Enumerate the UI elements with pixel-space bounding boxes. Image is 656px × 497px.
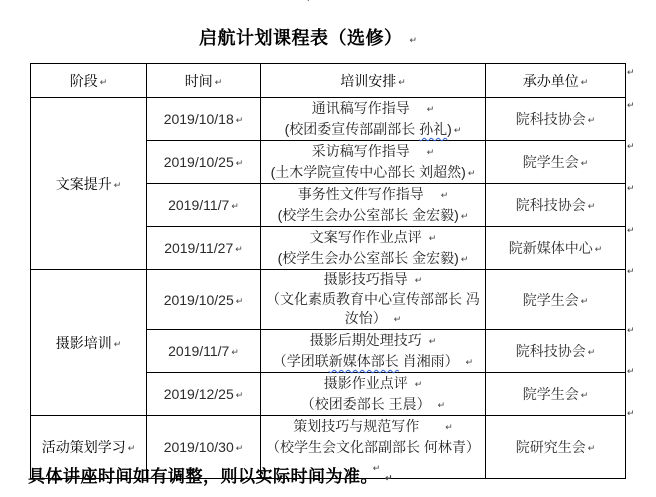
paragraph-mark: ↵ [236, 296, 244, 306]
training-title: 摄影技巧指导 [324, 271, 408, 287]
date-cell: 2019/10/25↵ [147, 141, 261, 184]
organizer-value: 院学生会 [523, 292, 579, 308]
stage-label: 摄影培训 [56, 335, 112, 351]
paragraph-mark: ↵ [114, 180, 122, 190]
date-value: 2019/10/25 [164, 292, 234, 308]
date-cell: 2019/11/7↵ [147, 330, 261, 373]
stage-label: 活动策划学习 [42, 439, 126, 455]
paragraph-mark: ↵ [581, 390, 589, 400]
paragraph-mark: ↵ [114, 339, 122, 349]
footer-note-line: 具体讲座时间如有调整，则以实际时间为准。↵ [28, 462, 393, 487]
date-value: 2019/11/7 [168, 197, 229, 213]
date-cell: 2019/11/27↵ [147, 227, 261, 270]
paragraph-mark: ↵ [236, 390, 244, 400]
organizer-value: 院科技协会 [516, 197, 586, 213]
organizer-value: 院研究生会 [516, 439, 586, 455]
training-title: 摄影作业点评 [324, 375, 408, 391]
paragraph-mark: ↵ [438, 400, 446, 410]
header-label: 时间 [185, 73, 213, 89]
paragraph-mark: ↵ [588, 115, 596, 125]
training-title: 事务性文件写作指导 [298, 186, 424, 202]
paragraph-mark: ↵ [468, 168, 476, 178]
row-end-mark: ↵ [627, 141, 635, 152]
training-detail: （学团联 [273, 353, 329, 369]
table-row: 摄影培训↵ 2019/10/25↵ 摄影技巧指导↵ （文化素质教育中心宣传部部长… [31, 270, 626, 330]
organizer-value: 院科技协会 [516, 343, 586, 359]
document-title-line: 启航计划课程表（选修）↵ [0, 24, 616, 50]
paragraph-mark: ↵ [461, 211, 469, 221]
date-cell: 2019/10/18↵ [147, 98, 261, 141]
header-cell-time: 时间↵ [147, 64, 261, 98]
organizer-cell: 院学生会↵ [486, 141, 626, 184]
organizer-cell: 院学生会↵ [486, 373, 626, 416]
training-detail-line: (土木学院宣传中心部长 刘超然)↵ [261, 162, 485, 183]
footer-note-text: 具体讲座时间如有调整，则以实际时间为准。 [28, 467, 378, 486]
training-title-line: 采访稿写作指导↵ [261, 141, 485, 162]
training-title: 通讯稿写作指导 [312, 100, 410, 116]
paragraph-mark: ↵ [588, 443, 596, 453]
training-title-line: 摄影技巧指导↵ [261, 270, 485, 290]
paragraph-mark: ↵ [385, 473, 393, 483]
paragraph-mark: ↵ [461, 254, 469, 264]
training-detail-line2: 汝怡）↵ [261, 309, 485, 329]
training-detail-line: (校团委宣传部副部长 孙礼)↵ [261, 119, 485, 140]
stage-label: 文案提升 [56, 176, 112, 192]
training-cell: 事务性文件写作指导↵ (校学生会办公室部长 金宏毅)↵ [261, 184, 486, 227]
training-title-line: 事务性文件写作指导↵ [261, 184, 485, 205]
training-detail: （校学生会文化部副部长 何林青） [266, 439, 480, 455]
training-cell: 摄影作业点评↵ （校团委部长 王晨）↵ [261, 373, 486, 416]
row-end-mark: ↵ [627, 266, 635, 277]
spellcheck-wavy-text: 新媒体部长 [329, 353, 399, 369]
date-cell: 2019/12/25↵ [147, 373, 261, 416]
paragraph-mark: ↵ [235, 244, 243, 254]
row-end-mark: ↵ [627, 408, 635, 419]
training-detail: (校学生会办公室部长 金宏毅) [278, 250, 459, 266]
header-label: 培训安排 [340, 73, 396, 89]
training-title-line: 摄影后期处理技巧↵ [261, 330, 485, 351]
organizer-cell: 院学生会↵ [486, 270, 626, 330]
paragraph-mark: ↵ [588, 201, 596, 211]
paragraph-mark: ↵ [429, 336, 437, 346]
header-cell-stage: 阶段↵ [31, 64, 147, 98]
organizer-cell: 院科技协会↵ [486, 330, 626, 373]
training-detail: (校团委宣传部副部长 [285, 121, 420, 137]
empty-paragraph-mark: ↵ [306, 0, 314, 5]
training-title-line: 通讯稿写作指导↵ [261, 98, 485, 119]
training-cell: 通讯稿写作指导↵ (校团委宣传部副部长 孙礼)↵ [261, 98, 486, 141]
training-detail-line: （学团联新媒体部长 肖湘雨）↵ [261, 351, 485, 372]
date-value: 2019/11/7 [168, 343, 229, 359]
paragraph-mark: ↵ [454, 125, 462, 135]
paragraph-mark: ↵ [236, 443, 244, 453]
paragraph-mark: ↵ [100, 77, 108, 87]
training-detail: （校团委部长 王晨） [301, 396, 431, 412]
training-detail: （文化素质教育中心宣传部部长 冯 [266, 291, 480, 307]
header-label: 阶段 [70, 73, 98, 89]
paragraph-mark: ↵ [215, 77, 223, 87]
paragraph-mark: ↵ [415, 379, 423, 389]
organizer-cell: 院科技协会↵ [486, 98, 626, 141]
paragraph-mark: ↵ [429, 233, 437, 243]
training-title: 采访稿写作指导 [312, 143, 410, 159]
training-title-line: 策划技巧与规范写作↵ [261, 416, 485, 437]
training-cell: 摄影后期处理技巧↵ （学团联新媒体部长 肖湘雨）↵ [261, 330, 486, 373]
paragraph-mark: ↵ [236, 158, 244, 168]
header-cell-training: 培训安排↵ [261, 64, 486, 98]
paragraph-mark: ↵ [236, 115, 244, 125]
training-title-line: 文案写作作业点评↵ [261, 227, 485, 248]
paragraph-mark: ↵ [231, 347, 239, 357]
training-detail: (土木学院宣传中心部长 刘超然) [271, 164, 466, 180]
date-value: 2019/10/18 [164, 111, 234, 127]
training-title-line: 摄影作业点评↵ [261, 373, 485, 394]
paragraph-mark: ↵ [445, 422, 453, 432]
paragraph-mark: ↵ [409, 35, 417, 45]
training-cell: 采访稿写作指导↵ (土木学院宣传中心部长 刘超然)↵ [261, 141, 486, 184]
training-detail-line: (校学生会办公室部长 金宏毅)↵ [261, 205, 485, 226]
date-value: 2019/10/25 [164, 154, 234, 170]
paragraph-mark: ↵ [128, 443, 136, 453]
organizer-value: 院学生会 [523, 154, 579, 170]
paragraph-mark: ↵ [581, 296, 589, 306]
training-title: 策划技巧与规范写作 [293, 418, 419, 434]
training-detail: (校学生会办公室部长 金宏毅) [278, 207, 459, 223]
training-cell: 文案写作作业点评↵ (校学生会办公室部长 金宏毅)↵ [261, 227, 486, 270]
date-cell: 2019/11/7↵ [147, 184, 261, 227]
table-row: 文案提升↵ 2019/10/18↵ 通讯稿写作指导↵ (校团委宣传部副部长 孙礼… [31, 98, 626, 141]
course-table: 阶段↵ 时间↵ 培训安排↵ 承办单位↵ 文案提升↵ 2019/10/18↵ 通讯… [30, 63, 626, 479]
training-detail: 汝怡） [345, 310, 387, 326]
stage-cell-photography: 摄影培训↵ [31, 270, 147, 416]
paragraph-mark: ↵ [231, 201, 239, 211]
paragraph-mark: ↵ [394, 314, 402, 324]
page-title: 启航计划课程表（选修） [199, 28, 403, 48]
date-value: 2019/12/25 [164, 386, 234, 402]
paragraph-mark: ↵ [427, 104, 435, 114]
header-cell-organizer: 承办单位↵ [486, 64, 626, 98]
training-detail-line: （文化素质教育中心宣传部部长 冯 [261, 290, 485, 309]
paragraph-mark: ↵ [588, 347, 596, 357]
row-end-mark: ↵ [627, 183, 635, 194]
course-table-wrap: 阶段↵ 时间↵ 培训安排↵ 承办单位↵ 文案提升↵ 2019/10/18↵ 通讯… [30, 63, 626, 479]
organizer-cell: 院研究生会↵ [486, 416, 626, 479]
date-cell: 2019/10/25↵ [147, 270, 261, 330]
spellcheck-wavy-text: 孙礼 [419, 121, 447, 137]
organizer-cell: 院科技协会↵ [486, 184, 626, 227]
organizer-value: 院学生会 [523, 386, 579, 402]
row-end-mark: ↵ [627, 325, 635, 336]
date-value: 2019/10/30 [164, 439, 234, 455]
training-detail-line: (校学生会办公室部长 金宏毅)↵ [261, 248, 485, 269]
paragraph-mark: ↵ [441, 190, 449, 200]
organizer-value: 院科技协会 [516, 111, 586, 127]
organizer-cell: 院新媒体中心↵ [486, 227, 626, 270]
paragraph-mark: ↵ [398, 77, 406, 87]
training-cell: 摄影技巧指导↵ （文化素质教育中心宣传部部长 冯 汝怡）↵ [261, 270, 486, 330]
header-label: 承办单位 [523, 73, 579, 89]
training-detail-line: （校团委部长 王晨）↵ [261, 394, 485, 415]
training-detail: 肖湘雨） [399, 353, 459, 369]
date-value: 2019/11/27 [164, 240, 233, 256]
organizer-value: 院新媒体中心 [509, 240, 593, 256]
paragraph-mark: ↵ [466, 357, 474, 367]
stage-cell-copywriting: 文案提升↵ [31, 98, 147, 270]
row-end-mark: ↵ [627, 366, 635, 377]
training-title: 摄影后期处理技巧 [310, 332, 422, 348]
paragraph-mark: ↵ [581, 158, 589, 168]
header-row: 阶段↵ 时间↵ 培训安排↵ 承办单位↵ [31, 64, 626, 98]
training-detail: ) [447, 121, 452, 137]
row-end-mark: ↵ [627, 100, 635, 111]
paragraph-mark: ↵ [595, 244, 603, 254]
paragraph-mark: ↵ [581, 77, 589, 87]
paragraph-mark: ↵ [415, 275, 423, 285]
paragraph-mark: ↵ [427, 147, 435, 157]
training-title: 文案写作作业点评 [310, 229, 422, 245]
row-end-mark: ↵ [627, 67, 635, 78]
row-end-mark: ↵ [627, 225, 635, 236]
